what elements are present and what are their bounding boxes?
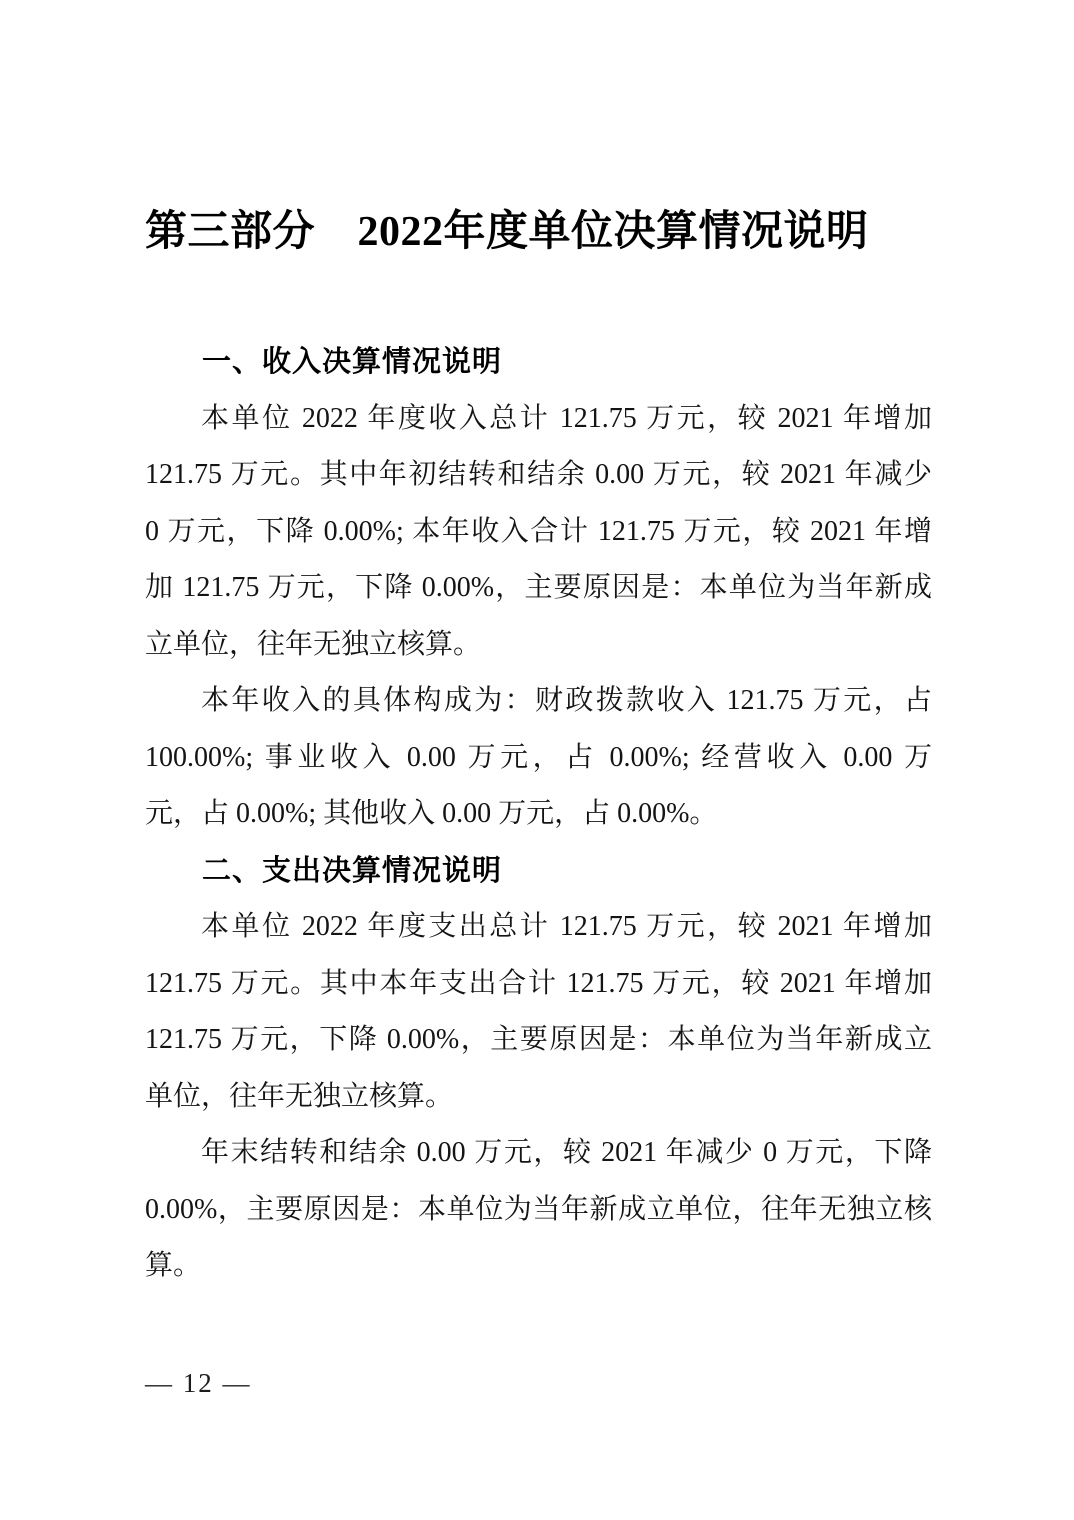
paragraph-line: 121.75 万元。其中年初结转和结余 0.00 万元，较 2021 年减少	[145, 447, 932, 504]
paragraph-line: 0 万元，下降 0.00%; 本年收入合计 121.75 万元，较 2021 年…	[145, 504, 932, 561]
document-title: 第三部分 2022年度单位决算情况说明	[145, 208, 932, 256]
paragraph-line: 元，占 0.00%; 其他收入 0.00 万元，占 0.00%。	[145, 786, 932, 843]
paragraph-income-summary: 本单位 2022 年度收入总计 121.75 万元，较 2021 年增加 121…	[145, 391, 932, 674]
paragraph-line: 年末结转和结余 0.00 万元，较 2021 年减少 0 万元，下降	[145, 1125, 932, 1182]
paragraph-line: 100.00%; 事业收入 0.00 万元，占 0.00%; 经营收入 0.00…	[145, 730, 932, 787]
section-heading-income: 一、收入决算情况说明	[145, 334, 932, 391]
page-number: — 12 —	[145, 1368, 252, 1398]
paragraph-line: 立单位，往年无独立核算。	[145, 617, 932, 674]
paragraph-line: 本单位 2022 年度收入总计 121.75 万元，较 2021 年增加	[145, 391, 932, 448]
paragraph-line: 本单位 2022 年度支出总计 121.75 万元，较 2021 年增加	[145, 899, 932, 956]
section-heading-expenditure: 二、支出决算情况说明	[145, 843, 932, 900]
paragraph-line: 本年收入的具体构成为：财政拨款收入 121.75 万元，占	[145, 673, 932, 730]
paragraph-expenditure-summary: 本单位 2022 年度支出总计 121.75 万元，较 2021 年增加 121…	[145, 899, 932, 1125]
document-page: 第三部分 2022年度单位决算情况说明 一、收入决算情况说明 本单位 2022 …	[0, 0, 1074, 1520]
paragraph-line: 121.75 万元，下降 0.00%，主要原因是：本单位为当年新成立	[145, 1012, 932, 1069]
paragraph-line: 加 121.75 万元，下降 0.00%，主要原因是：本单位为当年新成	[145, 560, 932, 617]
paragraph-line: 121.75 万元。其中本年支出合计 121.75 万元，较 2021 年增加	[145, 956, 932, 1013]
paragraph-income-composition: 本年收入的具体构成为：财政拨款收入 121.75 万元，占 100.00%; 事…	[145, 673, 932, 843]
paragraph-line: 单位，往年无独立核算。	[145, 1069, 932, 1126]
paragraph-yearend-carryover: 年末结转和结余 0.00 万元，较 2021 年减少 0 万元，下降 0.00%…	[145, 1125, 932, 1295]
paragraph-line: 0.00%，主要原因是：本单位为当年新成立单位，往年无独立核	[145, 1182, 932, 1239]
paragraph-line: 算。	[145, 1238, 932, 1295]
